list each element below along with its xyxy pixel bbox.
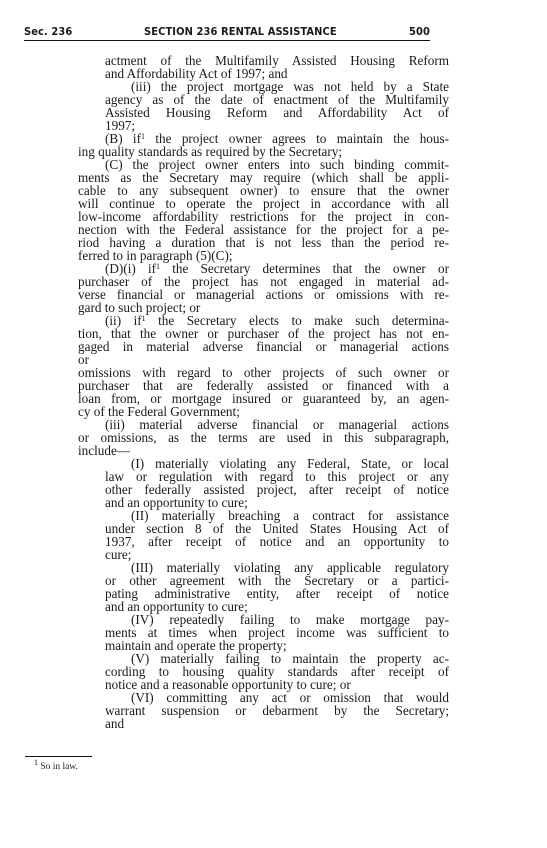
footnote-ref: 1 — [142, 314, 146, 323]
text-line: Assisted Housing Reform and Affordabilit… — [105, 106, 449, 119]
section-title: SECTION 236 RENTAL ASSISTANCE — [144, 25, 337, 38]
footnote-rule — [25, 756, 92, 757]
text-line: 1937, after receipt of notice and an opp… — [105, 535, 449, 548]
text-line: and — [105, 717, 449, 730]
footnote-text: So in law. — [40, 762, 78, 772]
page-number: 500 — [409, 25, 430, 38]
footnote-ref: 1 — [156, 262, 160, 271]
footnote-ref: 1 — [141, 132, 145, 141]
section-number: Sec. 236 — [24, 25, 72, 38]
footnote-marker: 1 — [34, 758, 38, 767]
text-line: gaged in material adverse financial or m… — [78, 340, 449, 353]
text-line: or omissions, as the terms are used in t… — [78, 431, 449, 444]
text-line: warrant suspension or debarment by the S… — [105, 704, 449, 717]
footnote: 1 So in law. — [34, 762, 78, 772]
running-header: Sec. 236 SECTION 236 RENTAL ASSISTANCE 5… — [24, 22, 430, 41]
